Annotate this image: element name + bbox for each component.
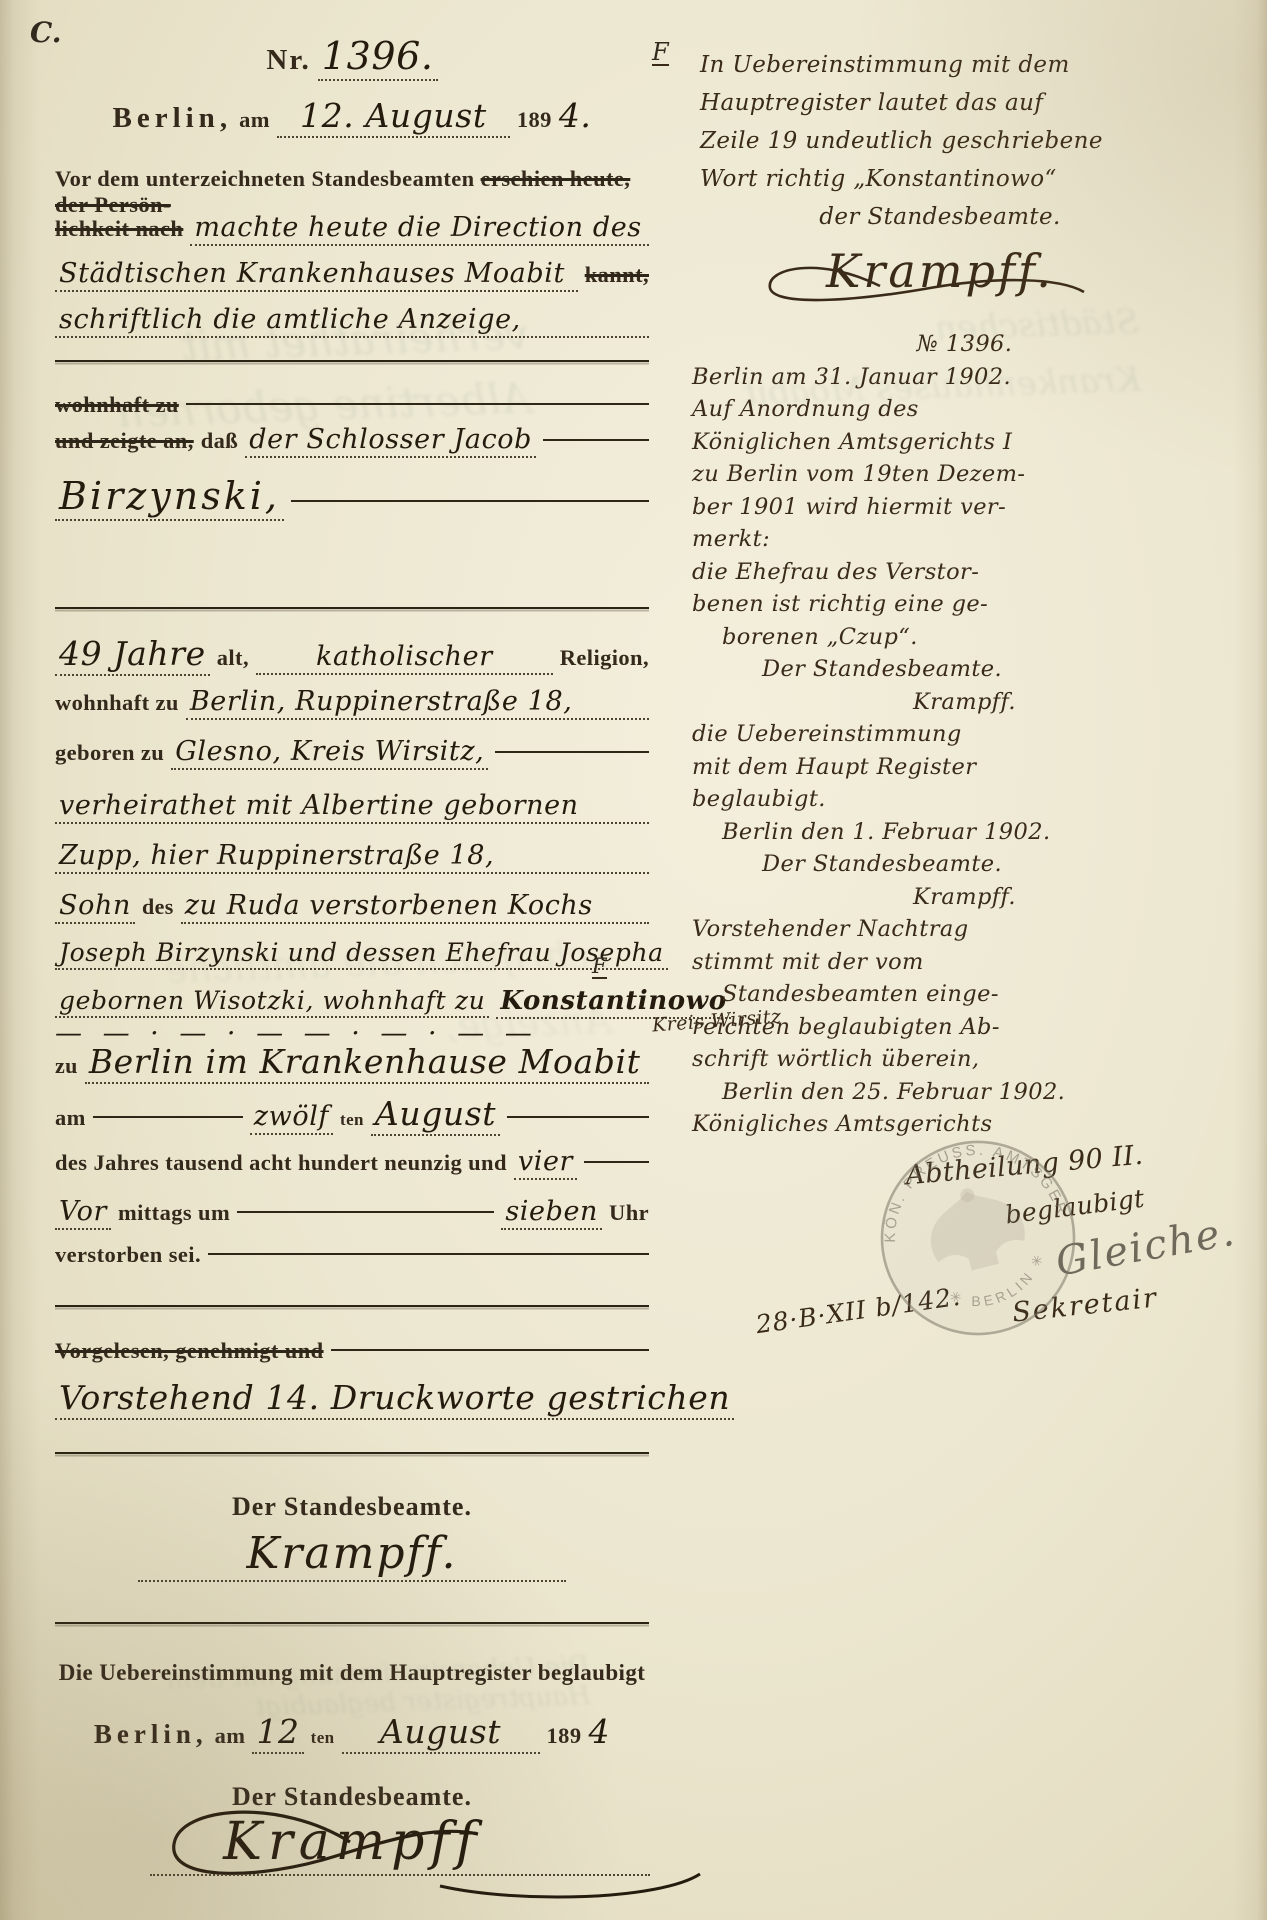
intro-printed: Vor dem unterzeichneten Standesbeamten e… bbox=[55, 166, 649, 218]
note-line: Wort richtig „Konstantinowo“ bbox=[700, 160, 1180, 198]
note-line: Standesbeamten einge- bbox=[692, 978, 1237, 1011]
form-line-row: am zwölf ten August bbox=[55, 1094, 649, 1136]
margin-note-2: № 1396.Berlin am 31. Januar 1902.Auf Ano… bbox=[692, 328, 1237, 1141]
cert-month: August bbox=[342, 1712, 540, 1754]
rule-line bbox=[55, 607, 649, 609]
cert-ten: ten bbox=[311, 1728, 335, 1748]
rule-line bbox=[55, 1622, 649, 1624]
religion-label: Religion, bbox=[560, 645, 649, 671]
hw-mother: gebornen Wisotzki, wohnhaft zu bbox=[55, 986, 489, 1018]
hw-entry: Städtischen Krankenhauses Moabit bbox=[55, 258, 578, 292]
registrar-signature2-row: Krampff bbox=[55, 1812, 649, 1872]
hw-age: 49 Jahre bbox=[55, 634, 210, 676]
hw-death-month: August bbox=[371, 1094, 500, 1136]
form-line-row: lichkeit nach machte heute die Direction… bbox=[55, 212, 649, 246]
form-line-row: zu Berlin im Krankenhause Moabit bbox=[55, 1042, 649, 1084]
note-line: borenen „Czup“. bbox=[692, 621, 1237, 654]
des-label: des bbox=[142, 894, 174, 920]
note-line: Berlin den 1. Februar 1902. bbox=[692, 816, 1237, 849]
note-line: Vorstehender Nachtrag bbox=[692, 913, 1237, 946]
form-intro-row: Vor dem unterzeichneten Standesbeamten e… bbox=[55, 166, 649, 218]
note-line: № 1396. bbox=[692, 328, 1237, 361]
am-label2: am bbox=[55, 1105, 86, 1131]
form-line-row: Vorgelesen, genehmigt und bbox=[55, 1338, 649, 1364]
ten-label: ten bbox=[340, 1110, 364, 1130]
rule-fill bbox=[208, 1253, 649, 1255]
rule-fill bbox=[495, 751, 649, 753]
record-number-row: Nr. 1396. bbox=[55, 34, 649, 81]
rule-line bbox=[55, 1305, 649, 1307]
note-line: ber 1901 wird hiermit ver- bbox=[692, 491, 1237, 524]
rule-line bbox=[55, 1452, 649, 1454]
note-line: reichten beglaubigten Ab- bbox=[692, 1011, 1237, 1044]
hw-deathplace: Berlin im Krankenhause Moabit bbox=[85, 1042, 649, 1084]
certification-row: Die Uebereinstimmung mit dem Hauptregist… bbox=[55, 1660, 649, 1686]
note-line: Auf Anordnung des bbox=[692, 393, 1237, 426]
note-line: Krampff. bbox=[692, 686, 1237, 719]
rule-fill bbox=[543, 439, 649, 441]
cert-city: Berlin, bbox=[94, 1719, 208, 1750]
hw-hour: sieben bbox=[501, 1196, 602, 1230]
note-line: schrift wörtlich überein, bbox=[692, 1043, 1237, 1076]
form-line-row: Sohn des zu Ruda verstorbenen Kochs bbox=[55, 890, 649, 924]
city-label: Berlin, bbox=[112, 102, 232, 135]
struck-vorgelesen: Vorgelesen, genehmigt und bbox=[55, 1338, 324, 1364]
note-line: Zeile 19 undeutlich geschriebene bbox=[700, 122, 1180, 160]
form-line-row: 49 Jahre alt, katholischer Religion, bbox=[55, 634, 649, 676]
rule-fill bbox=[93, 1116, 243, 1118]
registrar-label: Der Standesbeamte. bbox=[232, 1492, 472, 1522]
note-line: zu Berlin vom 19ten Dezem- bbox=[692, 458, 1237, 491]
rule-fill bbox=[237, 1211, 494, 1213]
note1-signature-flourish bbox=[760, 262, 1090, 308]
form-line-row: Städtischen Krankenhauses Moabit kannt, bbox=[55, 258, 649, 292]
signature-dotted-line bbox=[150, 1874, 650, 1876]
note-line: die Ehefrau des Verstor- bbox=[692, 556, 1237, 589]
struck-zeigte: und zeigte an, bbox=[55, 428, 194, 454]
rule-fill bbox=[584, 1161, 649, 1163]
rule-fill bbox=[291, 500, 649, 502]
year-line-printed: des Jahres tausend acht hundert neunzig … bbox=[55, 1150, 507, 1176]
cert-year-printed: 189 bbox=[547, 1723, 582, 1749]
nr-label: Nr. bbox=[266, 44, 310, 77]
year-printed: 189 bbox=[517, 107, 552, 133]
cert-year-digit: 4 bbox=[588, 1712, 610, 1751]
hw-vormittags: Vor bbox=[55, 1196, 111, 1230]
note-line: Hauptregister lautet das auf bbox=[700, 84, 1180, 122]
note-line: benen ist richtig eine ge- bbox=[692, 588, 1237, 621]
form-line-row: geboren zu Glesno, Kreis Wirsitz, bbox=[55, 736, 649, 770]
record-number-value: 1396. bbox=[318, 34, 438, 81]
form-line-row: Vorstehend 14. Druckworte gestrichen bbox=[55, 1378, 649, 1420]
note-line: Der Standesbeamte. bbox=[692, 848, 1237, 881]
hw-entry: machte heute die Direction des bbox=[190, 212, 649, 246]
hw-married: verheirathet mit Albertine gebornen bbox=[55, 790, 649, 824]
form-line-row: Birzynski, bbox=[55, 474, 649, 521]
registrar-signature2: Krampff bbox=[223, 1812, 481, 1872]
note-line: die Uebereinstimmung bbox=[692, 718, 1237, 751]
zu-label: zu bbox=[55, 1053, 78, 1079]
rule-fill bbox=[186, 403, 649, 405]
note-line: der Standesbeamte. bbox=[700, 198, 1180, 236]
form-line-row: und zeigte an, daß der Schlosser Jacob bbox=[55, 424, 649, 458]
hw-married2: Zupp, hier Ruppinerstraße 18, bbox=[55, 840, 649, 874]
am-label: am bbox=[239, 107, 270, 133]
form-line-row: verheirathet mit Albertine gebornen bbox=[55, 790, 649, 824]
alt-label: alt, bbox=[217, 645, 249, 671]
note-line: Krampff. bbox=[692, 881, 1237, 914]
insert-mark-f: F bbox=[592, 956, 607, 979]
hw-struck-note: Vorstehend 14. Druckworte gestrichen bbox=[55, 1378, 734, 1420]
hw-residence: Berlin, Ruppinerstraße 18, bbox=[186, 686, 649, 720]
rule-fill bbox=[507, 1116, 649, 1118]
geboren-label: geboren zu bbox=[55, 740, 164, 766]
note-line: In Uebereinstimmung mit dem bbox=[700, 46, 1180, 84]
year-digit: 4. bbox=[559, 96, 592, 135]
form-line-row: Zupp, hier Ruppinerstraße 18, bbox=[55, 840, 649, 874]
certification-date-row: Berlin, am 12 ten August 189 4 bbox=[55, 1712, 649, 1754]
dass-label: daß bbox=[201, 428, 238, 454]
hw-death-day: zwölf bbox=[250, 1101, 333, 1135]
struck-lichkeit: lichkeit nach bbox=[55, 216, 183, 242]
hw-father-entry: zu Ruda verstorbenen Kochs bbox=[181, 890, 649, 924]
registrar-signature-row: Krampff. bbox=[55, 1528, 649, 1582]
form-line-row: verstorben sei. bbox=[55, 1242, 649, 1268]
hw-parents: Joseph Birzynski und dessen Ehefrau Jose… bbox=[55, 938, 668, 970]
struck-kannt: kannt, bbox=[585, 262, 649, 288]
form-line-row: Joseph Birzynski und dessen Ehefrau Jose… bbox=[55, 938, 649, 970]
court-seal-stamp: KÖN. PREUSS. AMTSGERICHT I. ✳ BERLIN ✳ bbox=[845, 1105, 1112, 1372]
struck-wohnhaft: wohnhaft zu bbox=[55, 392, 179, 418]
rule-line bbox=[55, 360, 649, 362]
wohnhaft-label: wohnhaft zu bbox=[55, 690, 179, 716]
note-line: mit dem Haupt Register bbox=[692, 751, 1237, 784]
cert-am: am bbox=[215, 1723, 246, 1749]
certification-line: Die Uebereinstimmung mit dem Hauptregist… bbox=[59, 1660, 646, 1686]
note-line: stimmt mit der vom bbox=[692, 946, 1237, 979]
registrar-label-row: Der Standesbeamte. bbox=[55, 1492, 649, 1522]
note-line: Berlin am 31. Januar 1902. bbox=[692, 361, 1237, 394]
hw-person-entry: der Schlosser Jacob bbox=[245, 424, 536, 458]
hw-son: Sohn bbox=[55, 890, 135, 924]
note-line: Berlin den 25. Februar 1902. bbox=[692, 1076, 1237, 1109]
note-line: merkt: bbox=[692, 523, 1237, 556]
cert-day: 12 bbox=[252, 1712, 303, 1754]
registrar-signature: Krampff. bbox=[138, 1528, 566, 1582]
uhr-label: Uhr bbox=[609, 1200, 649, 1226]
hw-birthplace: Glesno, Kreis Wirsitz, bbox=[171, 736, 488, 770]
rule-fill bbox=[331, 1349, 649, 1351]
form-line-row: Vor mittags um sieben Uhr bbox=[55, 1196, 649, 1230]
note-line: Der Standesbeamte. bbox=[692, 653, 1237, 686]
verstorben-label: verstorben sei. bbox=[55, 1242, 201, 1268]
hw-surname: Birzynski, bbox=[55, 474, 284, 521]
mittags-label: mittags um bbox=[118, 1200, 230, 1226]
death-record-page: verheirathet mit Albertine gebornen Die … bbox=[0, 0, 1267, 1920]
form-line-row: wohnhaft zu bbox=[55, 392, 649, 418]
record-date-row: Berlin, am 12. August 189 4. bbox=[55, 96, 649, 138]
note-line: beglaubigt. bbox=[692, 783, 1237, 816]
note1-mark-f: F bbox=[652, 40, 669, 66]
hw-religion: katholischer bbox=[256, 641, 553, 675]
form-line-row: schriftlich die amtliche Anzeige, bbox=[55, 304, 649, 338]
form-line-row: des Jahres tausend acht hundert neunzig … bbox=[55, 1146, 649, 1180]
record-date-value: 12. August bbox=[277, 96, 510, 138]
hw-entry: schriftlich die amtliche Anzeige, bbox=[55, 304, 649, 338]
note-line: Königlichen Amtsgerichts I bbox=[692, 426, 1237, 459]
hw-death-year: vier bbox=[514, 1146, 577, 1180]
form-line-row: wohnhaft zu Berlin, Ruppinerstraße 18, bbox=[55, 686, 649, 720]
